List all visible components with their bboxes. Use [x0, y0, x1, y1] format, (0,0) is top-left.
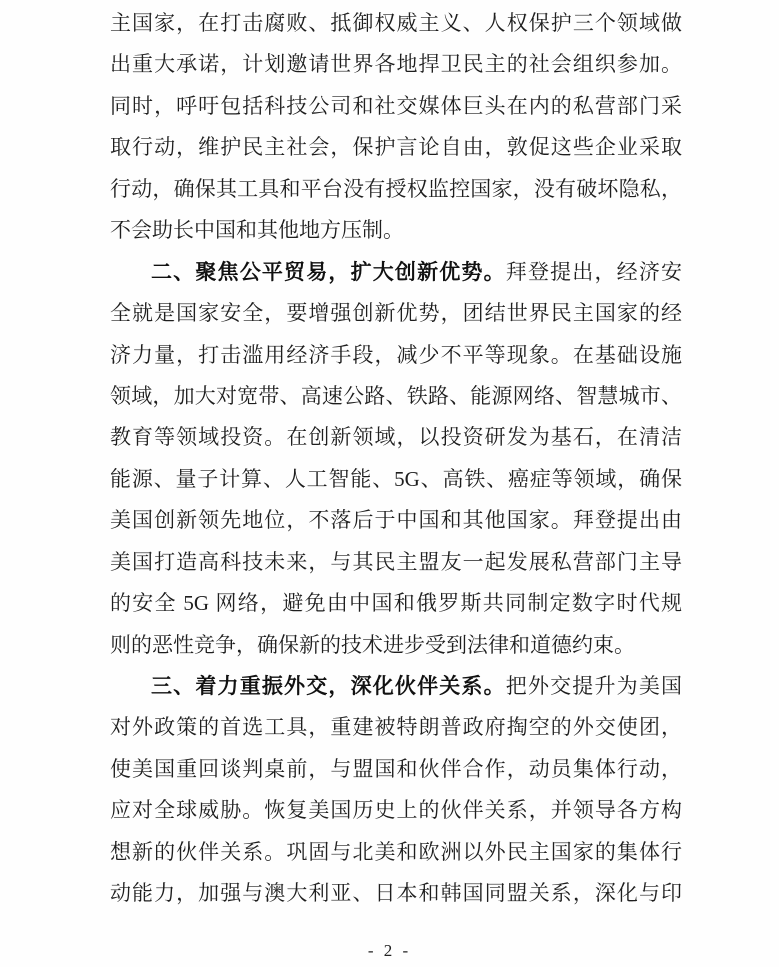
line-text: 使美国重回谈判桌前，与盟国和伙伴合作，动员集体行动，: [110, 757, 682, 781]
text-line-paragraph-end: 不会助长中国和其他地方压制。: [110, 210, 682, 251]
text-line: 的安全 5G 网络，避免由中国和俄罗斯共同制定数字时代规: [110, 583, 682, 624]
line-text: 想新的伙伴关系。巩固与北美和欧洲以外民主国家的集体行: [110, 840, 682, 864]
line-text: 行动，确保其工具和平台没有授权监控国家，没有破坏隐私，: [110, 177, 682, 201]
line-text: 把外交提升为美国: [506, 674, 682, 698]
text-line: 美国创新领先地位，不落后于中国和其他国家。拜登提出由: [110, 500, 682, 541]
text-line: 想新的伙伴关系。巩固与北美和欧洲以外民主国家的集体行: [110, 832, 682, 873]
text-line: 领域，加大对宽带、高速公路、铁路、能源网络、智慧城市、: [110, 376, 682, 417]
line-text: 对外政策的首选工具，重建被特朗普政府掏空的外交使团，: [110, 715, 682, 739]
text-line: 主国家，在打击腐败、抵御权威主义、人权保护三个领域做: [110, 3, 682, 44]
text-line: 使美国重回谈判桌前，与盟国和伙伴合作，动员集体行动，: [110, 749, 682, 790]
text-line: 济力量，打击滥用经济手段，减少不平等现象。在基础设施: [110, 335, 682, 376]
text-line-section-3-start: 三、着力重振外交，深化伙伴关系。把外交提升为美国: [110, 666, 682, 707]
page-number: - 2 -: [0, 941, 779, 961]
section-3-heading: 三、着力重振外交，深化伙伴关系。: [151, 675, 506, 698]
line-text: 的安全 5G 网络，避免由中国和俄罗斯共同制定数字时代规: [110, 591, 682, 615]
line-text: 能源、量子计算、人工智能、5G、高铁、癌症等领域，确保: [110, 467, 682, 491]
text-line-paragraph-end: 则的恶性竞争，确保新的技术进步受到法律和道德约束。: [110, 625, 682, 666]
text-line: 行动，确保其工具和平台没有授权监控国家，没有破坏隐私，: [110, 169, 682, 210]
text-line: 动能力，加强与澳大利亚、日本和韩国同盟关系，深化与印: [110, 873, 682, 914]
line-text: 取行动，维护民主社会，保护言论自由，敦促这些企业采取: [110, 135, 682, 159]
line-text: 领域，加大对宽带、高速公路、铁路、能源网络、智慧城市、: [110, 384, 682, 408]
text-line: 全就是国家安全，要增强创新优势，团结世界民主国家的经: [110, 293, 682, 334]
line-text: 动能力，加强与澳大利亚、日本和韩国同盟关系，深化与印: [110, 881, 682, 905]
document-page: 主国家，在打击腐败、抵御权威主义、人权保护三个领域做 出重大承诺，计划邀请世界各…: [0, 0, 779, 967]
section-2-heading: 二、聚焦公平贸易，扩大创新优势。: [151, 261, 506, 284]
text-line-section-2-start: 二、聚焦公平贸易，扩大创新优势。拜登提出，经济安: [110, 252, 682, 293]
text-line: 美国打造高科技未来，与其民主盟友一起发展私营部门主导: [110, 542, 682, 583]
line-text: 不会助长中国和其他地方压制。: [110, 218, 404, 242]
text-line: 同时，呼吁包括科技公司和社交媒体巨头在内的私营部门采: [110, 86, 682, 127]
document-body: 主国家，在打击腐败、抵御权威主义、人权保护三个领域做 出重大承诺，计划邀请世界各…: [0, 0, 779, 915]
text-line: 出重大承诺，计划邀请世界各地捍卫民主的社会组织参加。: [110, 44, 682, 85]
line-text: 出重大承诺，计划邀请世界各地捍卫民主的社会组织参加。: [110, 52, 682, 76]
line-text: 主国家，在打击腐败、抵御权威主义、人权保护三个领域做: [110, 11, 682, 35]
text-line: 应对全球威胁。恢复美国历史上的伙伴关系，并领导各方构: [110, 790, 682, 831]
line-text: 则的恶性竞争，确保新的技术进步受到法律和道德约束。: [110, 633, 635, 657]
line-text: 济力量，打击滥用经济手段，减少不平等现象。在基础设施: [110, 343, 682, 367]
line-text: 全就是国家安全，要增强创新优势，团结世界民主国家的经: [110, 301, 682, 325]
line-text: 应对全球威胁。恢复美国历史上的伙伴关系，并领导各方构: [110, 798, 682, 822]
text-line: 教育等领域投资。在创新领域，以投资研发为基石，在清洁: [110, 417, 682, 458]
text-line: 能源、量子计算、人工智能、5G、高铁、癌症等领域，确保: [110, 459, 682, 500]
line-text: 拜登提出，经济安: [506, 260, 682, 284]
line-text: 教育等领域投资。在创新领域，以投资研发为基石，在清洁: [110, 425, 682, 449]
line-text: 美国打造高科技未来，与其民主盟友一起发展私营部门主导: [110, 550, 682, 574]
text-line: 取行动，维护民主社会，保护言论自由，敦促这些企业采取: [110, 127, 682, 168]
line-text: 美国创新领先地位，不落后于中国和其他国家。拜登提出由: [110, 508, 682, 532]
text-line: 对外政策的首选工具，重建被特朗普政府掏空的外交使团，: [110, 707, 682, 748]
line-text: 同时，呼吁包括科技公司和社交媒体巨头在内的私营部门采: [110, 94, 682, 118]
